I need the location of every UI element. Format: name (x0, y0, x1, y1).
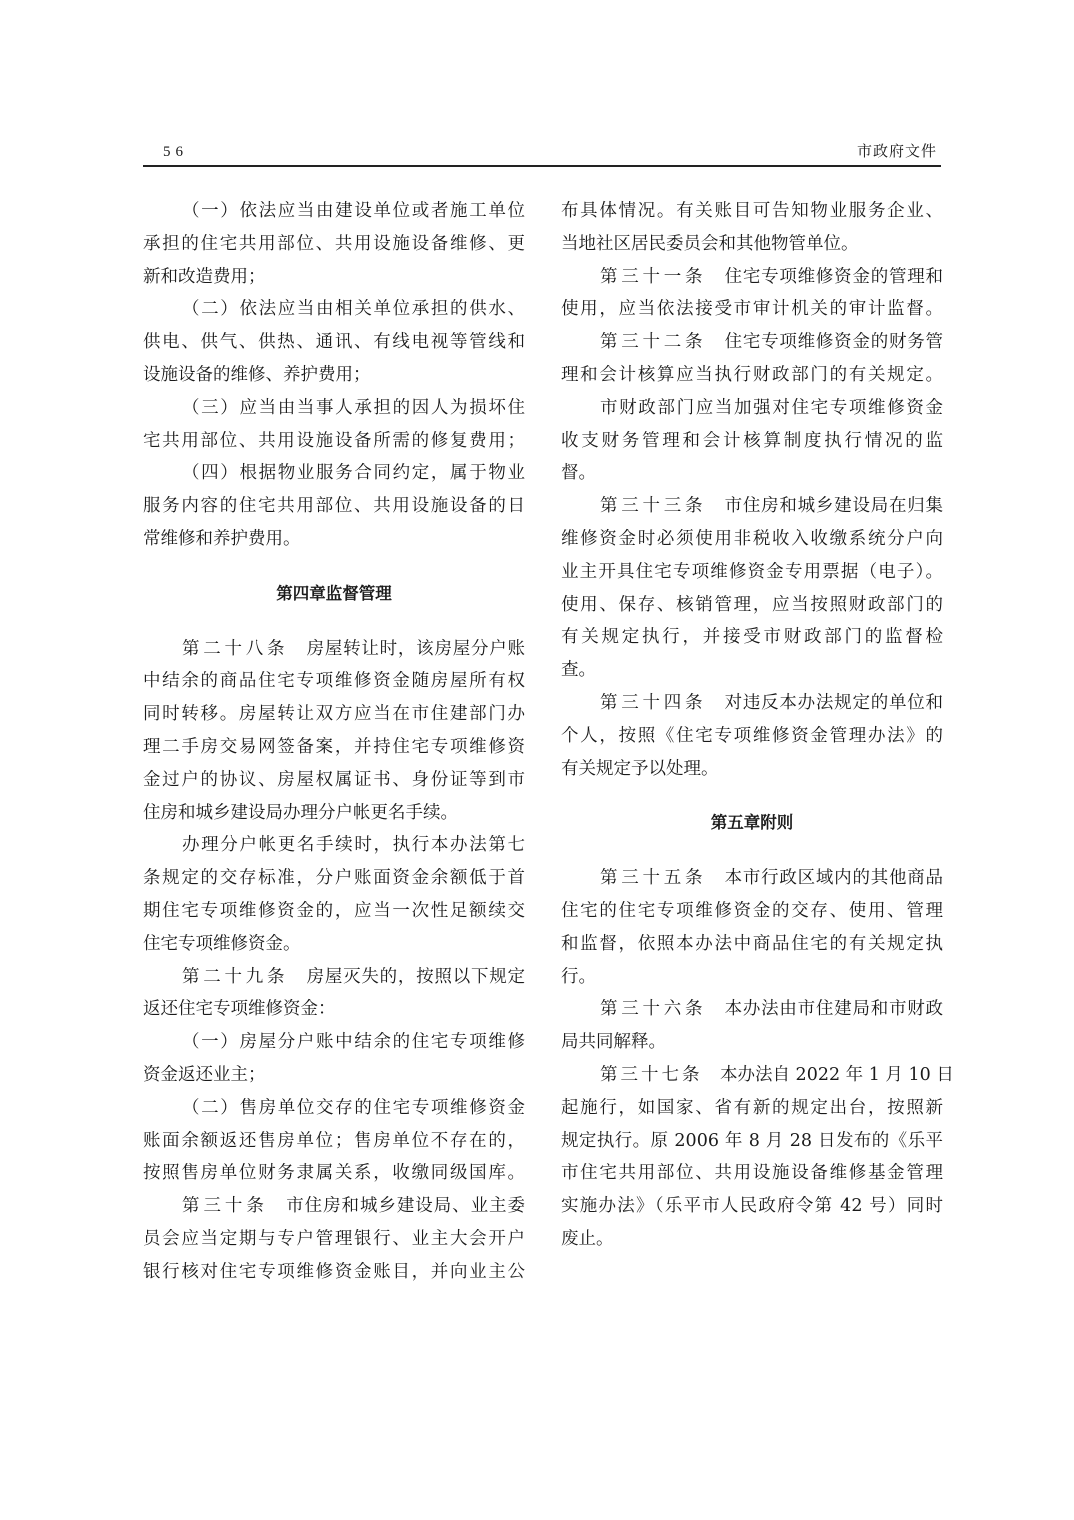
text-line: 第三十四条 对违反本办法规定的单位和 (561, 687, 943, 720)
text-line: 收支财务管理和会计核算制度执行情况的监 (561, 425, 943, 458)
text-line: 行。 (561, 961, 943, 994)
paragraph-item-29-2: （二）售房单位交存的住宅专项维修资金 账面余额返还售房单位；售房单位不存在的， … (143, 1092, 525, 1190)
paragraph-item-3: （三）应当由当事人承担的因人为损坏住 宅共用部位、共用设施设备所需的修复费用； (143, 392, 525, 458)
text-line: 查。 (561, 654, 943, 687)
text-line: 常维修和养护费用。 (143, 523, 525, 556)
article-label: 第二十八条 (182, 639, 288, 659)
article-label: 第三十五条 (600, 868, 706, 888)
text-line: （一）依法应当由建设单位或者施工单位 (143, 195, 525, 228)
text-line: 使用、保存、核销管理，应当按照财政部门的 (561, 589, 943, 622)
left-column: （一）依法应当由建设单位或者施工单位 承担的住宅共用部位、共用设施设备维修、更 … (143, 195, 525, 1289)
text-line: 第二十八条 房屋转让时，该房屋分户账 (143, 633, 525, 666)
page-number: 56 (163, 144, 188, 161)
text-line: 办理分户帐更名手续时，执行本办法第七 (143, 829, 525, 862)
page-header: 56 市政府文件 (143, 138, 941, 166)
right-column: 布具体情况。有关账目可告知物业服务企业、 当地社区居民委员会和其他物管单位。 第… (561, 195, 943, 1256)
text-line: 第二十九条 房屋灭失的，按照以下规定 (143, 961, 525, 994)
text-line: 中结余的商品住宅专项维修资金随房屋所有权 (143, 665, 525, 698)
paragraph-transfer-procedure: 办理分户帐更名手续时，执行本办法第七 条规定的交存标准，分户账面资金余额低于首 … (143, 829, 525, 960)
article-30: 第三十条 市住房和城乡建设局、业主委 员会应当定期与专户管理银行、业主大会开户 … (143, 1190, 525, 1288)
text-line: 有关规定予以处理。 (561, 753, 943, 786)
text-line: 住宅的住宅专项维修资金的交存、使用、管理 (561, 895, 943, 928)
text-line: 期住宅专项维修资金的，应当一次性足额续交 (143, 895, 525, 928)
paragraph-item-29-1: （一）房屋分户账中结余的住宅专项维修 资金返还业主； (143, 1026, 525, 1092)
text-line: 账面余额返还售房单位；售房单位不存在的， (143, 1125, 525, 1158)
text-line: 第三十一条 住宅专项维修资金的管理和 (561, 261, 943, 294)
article-29: 第二十九条 房屋灭失的，按照以下规定 返还住宅专项维修资金： (143, 961, 525, 1027)
text-line: 维修资金时必须使用非税收入收缴系统分户向 (561, 523, 943, 556)
article-label: 第三十一条 (600, 267, 706, 287)
text-line: 和监督，依照本办法中商品住宅的有关规定执 (561, 928, 943, 961)
text-line: 员会应当定期与专户管理银行、业主大会开户 (143, 1223, 525, 1256)
text-line: 使用，应当依法接受市审计机关的审计监督。 (561, 293, 943, 326)
paragraph-item-1: （一）依法应当由建设单位或者施工单位 承担的住宅共用部位、共用设施设备维修、更 … (143, 195, 525, 293)
text-line: （二）售房单位交存的住宅专项维修资金 (143, 1092, 525, 1125)
text-line: 布具体情况。有关账目可告知物业服务企业、 (561, 195, 943, 228)
text-line: 第三十条 市住房和城乡建设局、业主委 (143, 1190, 525, 1223)
chapter-heading: 第四章监督管理 (143, 578, 525, 611)
text-line: 理和会计核算应当执行财政部门的有关规定。 (561, 359, 943, 392)
header-divider (143, 165, 941, 167)
text-line: （三）应当由当事人承担的因人为损坏住 (143, 392, 525, 425)
text-line: 银行核对住宅专项维修资金账目，并向业主公 (143, 1256, 525, 1289)
text-line: 第三十五条 本市行政区域内的其他商品 (561, 862, 943, 895)
text-line: （二）依法应当由相关单位承担的供水、 (143, 293, 525, 326)
text-line: （四）根据物业服务合同约定，属于物业 (143, 457, 525, 490)
text-line: 废止。 (561, 1223, 943, 1256)
text-line: 服务内容的住宅共用部位、共用设施设备的日 (143, 490, 525, 523)
text-line: 个人，按照《住宅专项维修资金管理办法》的 (561, 720, 943, 753)
text-line: 宅共用部位、共用设施设备所需的修复费用； (143, 425, 525, 458)
article-37: 第三十七条 本办法自 2022 年 1 月 10 日 起施行，如国家、省有新的规… (561, 1059, 943, 1256)
chapter-heading: 第五章附则 (561, 807, 943, 840)
paragraph-item-2: （二）依法应当由相关单位承担的供水、 供电、供气、供热、通讯、有线电视等管线和 … (143, 293, 525, 391)
article-33: 第三十三条 市住房和城乡建设局在归集 维修资金时必须使用非税收入收缴系统分户向 … (561, 490, 943, 687)
text-line: 业主开具住宅专项维修资金专用票据（电子）。 (561, 556, 943, 589)
article-label: 第三十三条 (600, 496, 706, 516)
text-line: 实施办法》（乐平市人民政府令第 42 号）同时 (561, 1190, 943, 1223)
text-line: 第三十六条 本办法由市住建局和市财政 (561, 993, 943, 1026)
article-label: 第三十条 (182, 1196, 268, 1216)
article-label: 第三十二条 (600, 332, 706, 352)
text-line: 局共同解释。 (561, 1026, 943, 1059)
text-line: 住宅专项维修资金。 (143, 928, 525, 961)
text-line: 第三十二条 住宅专项维修资金的财务管 (561, 326, 943, 359)
text-line: 承担的住宅共用部位、共用设施设备维修、更 (143, 228, 525, 261)
text-line: 按照售房单位财务隶属关系，收缴同级国库。 (143, 1157, 525, 1190)
article-34: 第三十四条 对违反本办法规定的单位和 个人，按照《住宅专项维修资金管理办法》的 … (561, 687, 943, 785)
text-line: 供电、供气、供热、通讯、有线电视等管线和 (143, 326, 525, 359)
text-line: 市住宅共用部位、共用设施设备维修基金管理 (561, 1157, 943, 1190)
text-line: 金过户的协议、房屋权属证书、身份证等到市 (143, 764, 525, 797)
article-35: 第三十五条 本市行政区域内的其他商品 住宅的住宅专项维修资金的交存、使用、管理 … (561, 862, 943, 993)
text-line: 理二手房交易网签备案，并持住宅专项维修资 (143, 731, 525, 764)
article-32: 第三十二条 住宅专项维修资金的财务管 理和会计核算应当执行财政部门的有关规定。 (561, 326, 943, 392)
text-line: 市财政部门应当加强对住宅专项维修资金 (561, 392, 943, 425)
article-label: 第二十九条 (182, 967, 288, 987)
article-label: 第三十七条 (600, 1065, 703, 1085)
text-line: 返还住宅专项维修资金： (143, 993, 525, 1026)
text-line: 督。 (561, 457, 943, 490)
text-line: 设施设备的维修、养护费用； (143, 359, 525, 392)
text-line: 住房和城乡建设局办理分户帐更名手续。 (143, 797, 525, 830)
article-36: 第三十六条 本办法由市住建局和市财政 局共同解释。 (561, 993, 943, 1059)
text-line: 规定执行。原 2006 年 8 月 28 日发布的《乐平 (561, 1125, 943, 1158)
article-label: 第三十四条 (600, 693, 706, 713)
article-30-continued: 布具体情况。有关账目可告知物业服务企业、 当地社区居民委员会和其他物管单位。 (561, 195, 943, 261)
text-line: 第三十三条 市住房和城乡建设局在归集 (561, 490, 943, 523)
paragraph-item-4: （四）根据物业服务合同约定，属于物业 服务内容的住宅共用部位、共用设施设备的日 … (143, 457, 525, 555)
text-line: （一）房屋分户账中结余的住宅专项维修 (143, 1026, 525, 1059)
text-line: 条规定的交存标准，分户账面资金余额低于首 (143, 862, 525, 895)
running-header-title: 市政府文件 (857, 140, 937, 161)
text-line: 同时转移。房屋转让双方应当在市住建部门办 (143, 698, 525, 731)
text-line: 新和改造费用； (143, 261, 525, 294)
paragraph-finance-supervision: 市财政部门应当加强对住宅专项维修资金 收支财务管理和会计核算制度执行情况的监 督… (561, 392, 943, 490)
article-label: 第三十六条 (600, 999, 706, 1019)
text-line: 有关规定执行，并接受市财政部门的监督检 (561, 621, 943, 654)
text-line: 第三十七条 本办法自 2022 年 1 月 10 日 (561, 1059, 943, 1092)
text-line: 当地社区居民委员会和其他物管单位。 (561, 228, 943, 261)
text-line: 起施行，如国家、省有新的规定出台，按照新 (561, 1092, 943, 1125)
article-28: 第二十八条 房屋转让时，该房屋分户账 中结余的商品住宅专项维修资金随房屋所有权 … (143, 633, 525, 830)
text-line: 资金返还业主； (143, 1059, 525, 1092)
article-31: 第三十一条 住宅专项维修资金的管理和 使用，应当依法接受市审计机关的审计监督。 (561, 261, 943, 327)
